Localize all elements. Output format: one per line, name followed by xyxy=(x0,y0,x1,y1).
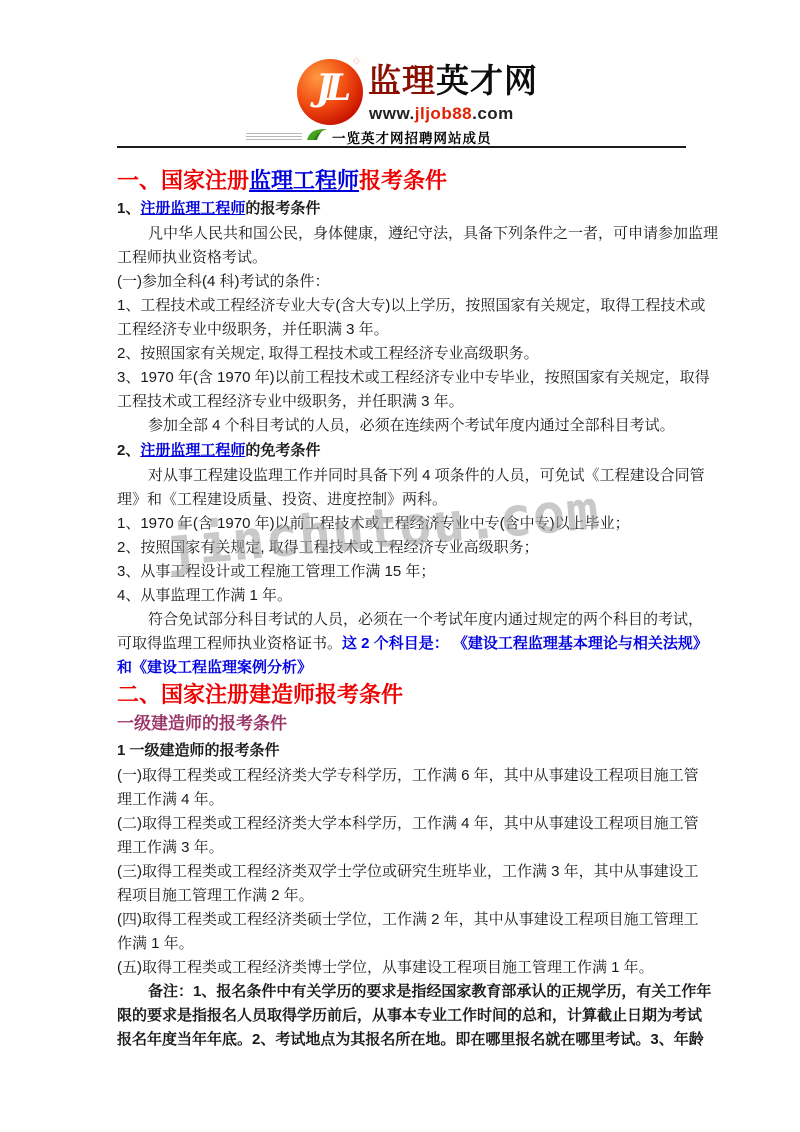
text-run: 2、按照国家有关规定, 取得工程技术或工程经济专业高级职务； xyxy=(117,539,539,556)
text-run: 报考条件 xyxy=(359,168,447,193)
green-swoosh-icon xyxy=(306,127,328,147)
member-row: 一览英才网招聘网站成员 xyxy=(246,127,492,145)
section1-heading: 一、国家注册监理工程师报考条件 xyxy=(117,166,693,196)
text-line: 可取得监理工程师执业资格证书。这 2 个科目是： 《建设工程监理基本理论与相关法… xyxy=(117,632,693,656)
text-line: 理》和《工程建设质量、投资、进度控制》两科。 xyxy=(117,488,693,512)
text-run: 参加全部 4 个科目考试的人员，必须在连续两个考试年度内通过全部科目考试。 xyxy=(148,417,675,434)
text-run: (一)取得工程类或工程经济类大学专科学历，工作满 6 年，其中从事建设工程项目施… xyxy=(117,767,699,784)
text-run: 理工作满 4 年。 xyxy=(117,791,224,808)
text-line: 工程技术或工程经济专业中级职务，并任职满 3 年。 xyxy=(117,390,693,414)
brand-primary: 监理 xyxy=(368,62,436,99)
text-run: 工程技术或工程经济专业中级职务，并任职满 3 年。 xyxy=(117,393,464,410)
text-line: 限的要求是指报名人员取得学历前后，从事本专业工作时间的总和，计算截止日期为考试 xyxy=(117,1004,693,1028)
text-line: (五)取得工程类或工程经济类博士学位，从事建设工程项目施工管理工作满 1 年。 xyxy=(117,956,693,980)
text-line: (二)取得工程类或工程经济类大学本科学历，工作满 4 年，其中从事建设工程项目施… xyxy=(117,812,693,836)
text-run: 程项目施工管理工作满 2 年。 xyxy=(117,887,314,904)
text-run: 凡中华人民共和国公民，身体健康，遵纪守法，具备下列条件之一者，可申请参加监理 xyxy=(148,225,718,242)
text-line: 理工作满 3 年。 xyxy=(117,836,693,860)
text-run: 理工作满 3 年。 xyxy=(117,839,224,856)
inline-link[interactable]: 监理工程师 xyxy=(249,168,359,193)
inline-link[interactable]: 注册监理工程师 xyxy=(140,442,245,459)
brand-name: 监理英才网 xyxy=(368,60,538,102)
text-line: 作满 1 年。 xyxy=(117,932,693,956)
text-run: (二)取得工程类或工程经济类大学本科学历，工作满 4 年，其中从事建设工程项目施… xyxy=(117,815,699,832)
url-www: www. xyxy=(369,104,415,123)
text-run: 报名年度当年年底。2、考试地点为其报名所在地。即在哪里报名就在哪里考试。3、年龄 xyxy=(117,1031,704,1048)
text-run: (三)取得工程类或工程经济类双学士学位或研究生班毕业，工作满 3 年，其中从事建… xyxy=(117,863,699,880)
text-line: (三)取得工程类或工程经济类双学士学位或研究生班毕业，工作满 3 年，其中从事建… xyxy=(117,860,693,884)
text-run: (五)取得工程类或工程经济类博士学位，从事建设工程项目施工管理工作满 1 年。 xyxy=(117,959,654,976)
document-page: JL ✦ 监理英才网 www.jljob88.com 一览英才网招聘网站成员 一… xyxy=(0,0,800,1132)
text-run: 2、按照国家有关规定, 取得工程技术或工程经济专业高级职务。 xyxy=(117,345,539,362)
document-content: 一、国家注册监理工程师报考条件1、注册监理工程师的报考条件凡中华人民共和国公民，… xyxy=(117,166,693,1052)
subsection-heading: 2、注册监理工程师的免考条件 xyxy=(117,438,693,464)
logo-monogram: JL xyxy=(297,67,363,109)
text-run: 和《建设工程监理案例分析》 xyxy=(117,659,312,676)
section2-heading: 二、国家注册建造师报考条件 xyxy=(117,680,693,710)
text-line: 符合免试部分科目考试的人员，必须在一个考试年度内通过规定的两个科目的考试， xyxy=(117,608,693,632)
text-run: 对从事工程建设监理工作并同时具备下列 4 项条件的人员，可免试《工程建设合同管 xyxy=(148,467,705,484)
text-run: 工程经济专业中级职务，并任职满 3 年。 xyxy=(117,321,389,338)
text-line: 3、1970 年(含 1970 年)以前工程技术或工程经济专业中专毕业，按照国家… xyxy=(117,366,693,390)
text-run: 的免考条件 xyxy=(245,442,320,459)
text-run: (四)取得工程类或工程经济类硕士学位，工作满 2 年，其中从事建设工程项目施工管… xyxy=(117,911,699,928)
text-line: 凡中华人民共和国公民，身体健康，遵纪守法，具备下列条件之一者，可申请参加监理 xyxy=(117,222,693,246)
text-run: (一)参加全科(4 科)考试的条件： xyxy=(117,273,330,290)
text-line: 参加全部 4 个科目考试的人员，必须在连续两个考试年度内通过全部科目考试。 xyxy=(117,414,693,438)
inline-link[interactable]: 注册监理工程师 xyxy=(140,200,245,217)
text-line: 工程师执业资格考试。 xyxy=(117,246,693,270)
text-run: 工程师执业资格考试。 xyxy=(117,249,267,266)
text-run: 1、工程技术或工程经济专业大专(含大专)以上学历，按照国家有关规定，取得工程技术… xyxy=(117,297,705,314)
level1-builder-heading: 一级建造师的报考条件 xyxy=(117,710,693,738)
text-line: 和《建设工程监理案例分析》 xyxy=(117,656,693,680)
text-line: 理工作满 4 年。 xyxy=(117,788,693,812)
text-run: 限的要求是指报名人员取得学历前后，从事本专业工作时间的总和，计算截止日期为考试 xyxy=(117,1007,702,1024)
text-line: 程项目施工管理工作满 2 年。 xyxy=(117,884,693,908)
text-run: 符合免试部分科目考试的人员，必须在一个考试年度内通过规定的两个科目的考试， xyxy=(148,611,703,628)
site-logo: JL ✦ 监理英才网 www.jljob88.com 一览英才网招聘网站成员 xyxy=(0,0,800,160)
text-line: 报名年度当年年底。2、考试地点为其报名所在地。即在哪里报名就在哪里考试。3、年龄 xyxy=(117,1028,693,1052)
brand-rest: 英才网 xyxy=(436,62,538,99)
text-line: 对从事工程建设监理工作并同时具备下列 4 项条件的人员，可免试《工程建设合同管 xyxy=(117,464,693,488)
text-run: 的报考条件 xyxy=(245,200,320,217)
text-line: 2、按照国家有关规定, 取得工程技术或工程经济专业高级职务； xyxy=(117,536,693,560)
text-run: 4、从事监理工作满 1 年。 xyxy=(117,587,292,604)
text-run: 可取得监理工程师执业资格证书。 xyxy=(117,635,342,652)
text-run: 一、国家注册 xyxy=(117,168,249,193)
logo-circle: JL ✦ xyxy=(297,59,363,125)
url-domain: jljob88 xyxy=(415,104,472,123)
site-url[interactable]: www.jljob88.com xyxy=(369,104,514,124)
text-line: 1、1970 年(含 1970 年)以前工程技术或工程经济专业中专(含中专)以上… xyxy=(117,512,693,536)
text-run: 这 2 个科目是： 《建设工程监理基本理论与相关法规》 xyxy=(342,635,708,652)
text-line: 工程经济专业中级职务，并任职满 3 年。 xyxy=(117,318,693,342)
text-line: 1、工程技术或工程经济专业大专(含大专)以上学历，按照国家有关规定，取得工程技术… xyxy=(117,294,693,318)
text-line: (一)参加全科(4 科)考试的条件： xyxy=(117,270,693,294)
text-run: 备注：1、报名条件中有关学历的要求是指经国家教育部承认的正规学历，有关工作年 xyxy=(148,983,711,1000)
url-tld: .com xyxy=(472,104,514,123)
text-line: (四)取得工程类或工程经济类硕士学位，工作满 2 年，其中从事建设工程项目施工管… xyxy=(117,908,693,932)
text-run: 3、从事工程设计或工程施工管理工作满 15 年； xyxy=(117,563,435,580)
member-text: 一览英才网招聘网站成员 xyxy=(332,127,492,147)
text-run: 理》和《工程建设质量、投资、进度控制》两科。 xyxy=(117,491,447,508)
text-line: (一)取得工程类或工程经济类大学专科学历，工作满 6 年，其中从事建设工程项目施… xyxy=(117,764,693,788)
text-line: 备注：1、报名条件中有关学历的要求是指经国家教育部承认的正规学历，有关工作年 xyxy=(117,980,693,1004)
text-run: 3、1970 年(含 1970 年)以前工程技术或工程经济专业中专毕业，按照国家… xyxy=(117,369,710,386)
text-run: 二、国家注册建造师报考条件 xyxy=(117,682,403,707)
text-run: 2、 xyxy=(117,442,140,459)
text-line: 2、按照国家有关规定, 取得工程技术或工程经济专业高级职务。 xyxy=(117,342,693,366)
text-line: 4、从事监理工作满 1 年。 xyxy=(117,584,693,608)
text-run: 作满 1 年。 xyxy=(117,935,194,952)
text-run: 1、1970 年(含 1970 年)以前工程技术或工程经济专业中专(含中专)以上… xyxy=(117,515,630,532)
text-run: 1、 xyxy=(117,200,140,217)
subsection-heading: 1、注册监理工程师的报考条件 xyxy=(117,196,693,222)
text-run: 1 一级建造师的报考条件 xyxy=(117,742,280,759)
text-line: 3、从事工程设计或工程施工管理工作满 15 年； xyxy=(117,560,693,584)
text-run: 一级建造师的报考条件 xyxy=(117,714,287,733)
stripes-decoration xyxy=(246,133,302,141)
sparkle-icon: ✦ xyxy=(352,55,361,68)
subsection-heading: 1 一级建造师的报考条件 xyxy=(117,738,693,764)
header-divider xyxy=(117,146,686,148)
